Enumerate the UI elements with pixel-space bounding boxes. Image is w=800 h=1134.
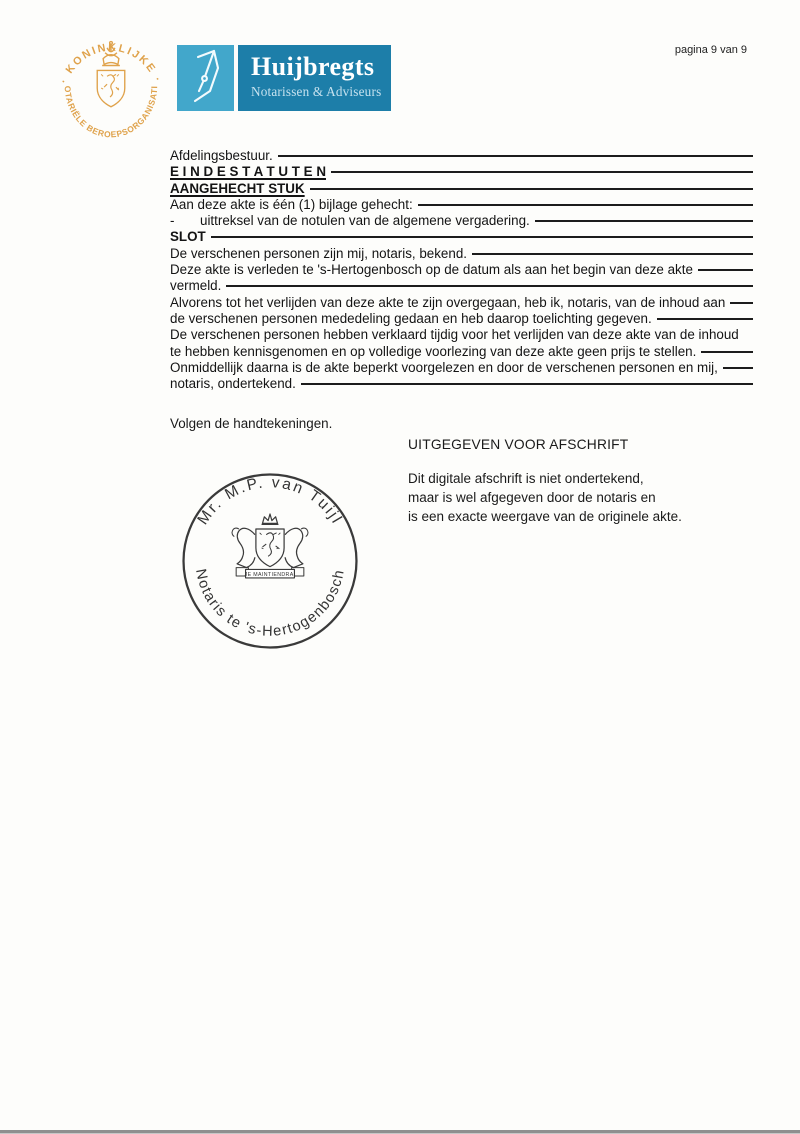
document-line: Aan deze akte is één (1) bijlage gehecht… — [170, 197, 754, 213]
stamp-top-text: Mr. M.P. van Tuijl — [194, 474, 345, 528]
svg-text:Mr. M.P. van Tuijl: Mr. M.P. van Tuijl — [194, 474, 345, 528]
logo-tagline: Notarissen & Adviseurs — [251, 84, 391, 100]
document-line: AANGEHECHT STUK — [170, 181, 754, 197]
certification-title: UITGEGEVEN VOOR AFSCHRIFT — [408, 437, 708, 452]
knb-seal: · KONINKLIJKE · NOTARIËLE BEROEPSORGANIS… — [52, 33, 170, 157]
certification-line: Dit digitale afschrift is niet onderteke… — [408, 469, 708, 488]
coat-of-arms — [232, 514, 308, 578]
fill-rule — [278, 148, 753, 157]
document-line: E I N D E S T A T U T E N — [170, 164, 754, 180]
document-line: De verschenen personen hebben verklaard … — [170, 327, 754, 343]
crest-banner-text: JE MAINTIENDRAI — [245, 572, 296, 578]
seal-top-text: · KONINKLIJKE · — [58, 42, 164, 86]
document-line: Alvorens tot het verlijden van deze akte… — [170, 295, 754, 311]
line-text: Afdelingsbestuur. — [170, 148, 273, 164]
notary-stamp-graphic: Mr. M.P. van Tuijl Notaris te 's-Hertoge… — [176, 467, 364, 655]
closing-line: Volgen de handtekeningen. — [170, 416, 332, 431]
huijbregts-logo: Huijbregts Notarissen & Adviseurs — [177, 45, 391, 111]
document-line: -uittreksel van de notulen van de algeme… — [170, 213, 754, 229]
crest-lion — [262, 533, 279, 557]
crest-supporter-right — [285, 528, 303, 567]
crest-supporter-left — [237, 528, 255, 567]
line-text: notaris, ondertekend. — [170, 376, 296, 392]
document-line: De verschenen personen zijn mij, notaris… — [170, 246, 754, 262]
fill-rule — [310, 181, 753, 190]
fill-rule — [226, 278, 753, 287]
line-text: SLOT — [170, 229, 206, 245]
notary-stamp: Mr. M.P. van Tuijl Notaris te 's-Hertoge… — [176, 467, 364, 655]
document-line: Afdelingsbestuur. — [170, 148, 754, 164]
line-text: Deze akte is verleden te 's-Hertogenbosc… — [170, 262, 693, 278]
line-text: de verschenen personen mededeling gedaan… — [170, 311, 652, 327]
logo-name-box: Huijbregts Notarissen & Adviseurs — [238, 45, 391, 111]
document-lines: Afdelingsbestuur.E I N D E S T A T U T E… — [170, 148, 754, 392]
fill-rule — [301, 376, 753, 385]
logo-pen-square — [177, 45, 234, 111]
scanned-notary-deed-page: { "page": { "label": "pagina 9 van 9" },… — [0, 0, 800, 1134]
line-text: uittreksel van de notulen van de algemen… — [200, 213, 530, 229]
line-text: vermeld. — [170, 278, 221, 294]
document-line: de verschenen personen mededeling gedaan… — [170, 311, 754, 327]
knb-seal-graphic: · KONINKLIJKE · NOTARIËLE BEROEPSORGANIS… — [52, 33, 170, 157]
fill-rule — [701, 344, 753, 353]
fill-rule — [723, 360, 753, 369]
document-line: vermeld. — [170, 278, 754, 294]
line-text: te hebben kennisgenomen en op volledige … — [170, 344, 696, 360]
line-text: De verschenen personen zijn mij, notaris… — [170, 246, 467, 262]
seal-lion — [104, 74, 119, 97]
line-bullet: - — [170, 213, 200, 229]
logo-company-name: Huijbregts — [251, 54, 391, 80]
fill-rule — [535, 213, 753, 222]
fill-rule — [698, 262, 753, 271]
crest-crown — [262, 514, 277, 523]
document-line: te hebben kennisgenomen en op volledige … — [170, 344, 754, 360]
pen-nib-icon — [177, 45, 234, 111]
fill-rule — [472, 246, 753, 255]
fill-rule — [331, 164, 753, 173]
fill-rule — [730, 295, 753, 304]
document-line: SLOT — [170, 229, 754, 245]
line-text: De verschenen personen hebben verklaard … — [170, 327, 739, 343]
copy-certification: UITGEGEVEN VOOR AFSCHRIFT Dit digitale a… — [408, 437, 708, 526]
line-text: Aan deze akte is één (1) bijlage gehecht… — [170, 197, 413, 213]
document-line: notaris, ondertekend. — [170, 376, 754, 392]
line-text: AANGEHECHT STUK — [170, 181, 305, 197]
page-number-label: pagina 9 van 9 — [675, 44, 747, 56]
line-text: E I N D E S T A T U T E N — [170, 164, 326, 180]
certification-lines: Dit digitale afschrift is niet onderteke… — [408, 469, 708, 526]
certification-line: is een exacte weergave van de originele … — [408, 507, 708, 526]
fill-rule — [211, 229, 753, 238]
fill-rule — [657, 311, 753, 320]
document-line: Deze akte is verleden te 's-Hertogenbosc… — [170, 262, 754, 278]
line-text: Alvorens tot het verlijden van deze akte… — [170, 295, 725, 311]
svg-text:· KONINKLIJKE ·: · KONINKLIJKE · — [58, 42, 164, 86]
line-text: Onmiddellijk daarna is de akte beperkt v… — [170, 360, 718, 376]
document-line: Onmiddellijk daarna is de akte beperkt v… — [170, 360, 754, 376]
fill-rule — [418, 197, 753, 206]
certification-line: maar is wel afgegeven door de notaris en — [408, 488, 708, 507]
